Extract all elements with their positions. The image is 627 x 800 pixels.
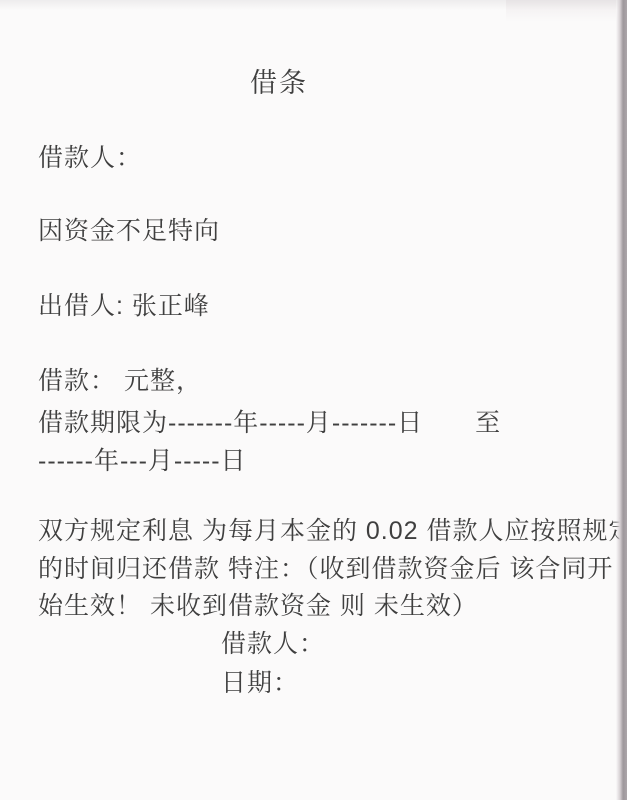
interest-terms-line-1: 双方规定利息 为每月本金的 0.02 借款人应按照规定 <box>38 517 627 546</box>
signature-borrower-line: 借款人： <box>221 630 325 659</box>
interest-terms-line-3: 始生效！ 未收到借款资金 则 未生效） <box>38 592 478 621</box>
loan-term-line-1: 借款期限为-------年-----月-------日 至 <box>38 409 501 438</box>
document-photo: 借条 借款人： 因资金不足特向 出借人: 张正峰 借款： 元整， 借款期限为--… <box>0 0 627 800</box>
lender-name-line: 出借人: 张正峰 <box>38 292 210 321</box>
document-title: 借条 <box>38 69 520 99</box>
signature-date-line: 日期： <box>221 669 299 698</box>
loan-amount-line: 借款： 元整， <box>38 367 202 396</box>
loan-reason-line: 因资金不足特向 <box>38 217 220 246</box>
photo-corner-shadow <box>506 0 616 22</box>
interest-terms-line-2: 的时间归还借款 特注：（收到借款资金后 该合同开 <box>38 555 613 584</box>
loan-term-line-2: ------年---月-----日 <box>38 447 247 476</box>
borrower-label-line: 借款人： <box>38 144 142 173</box>
photo-right-edge-shadow <box>616 0 627 800</box>
